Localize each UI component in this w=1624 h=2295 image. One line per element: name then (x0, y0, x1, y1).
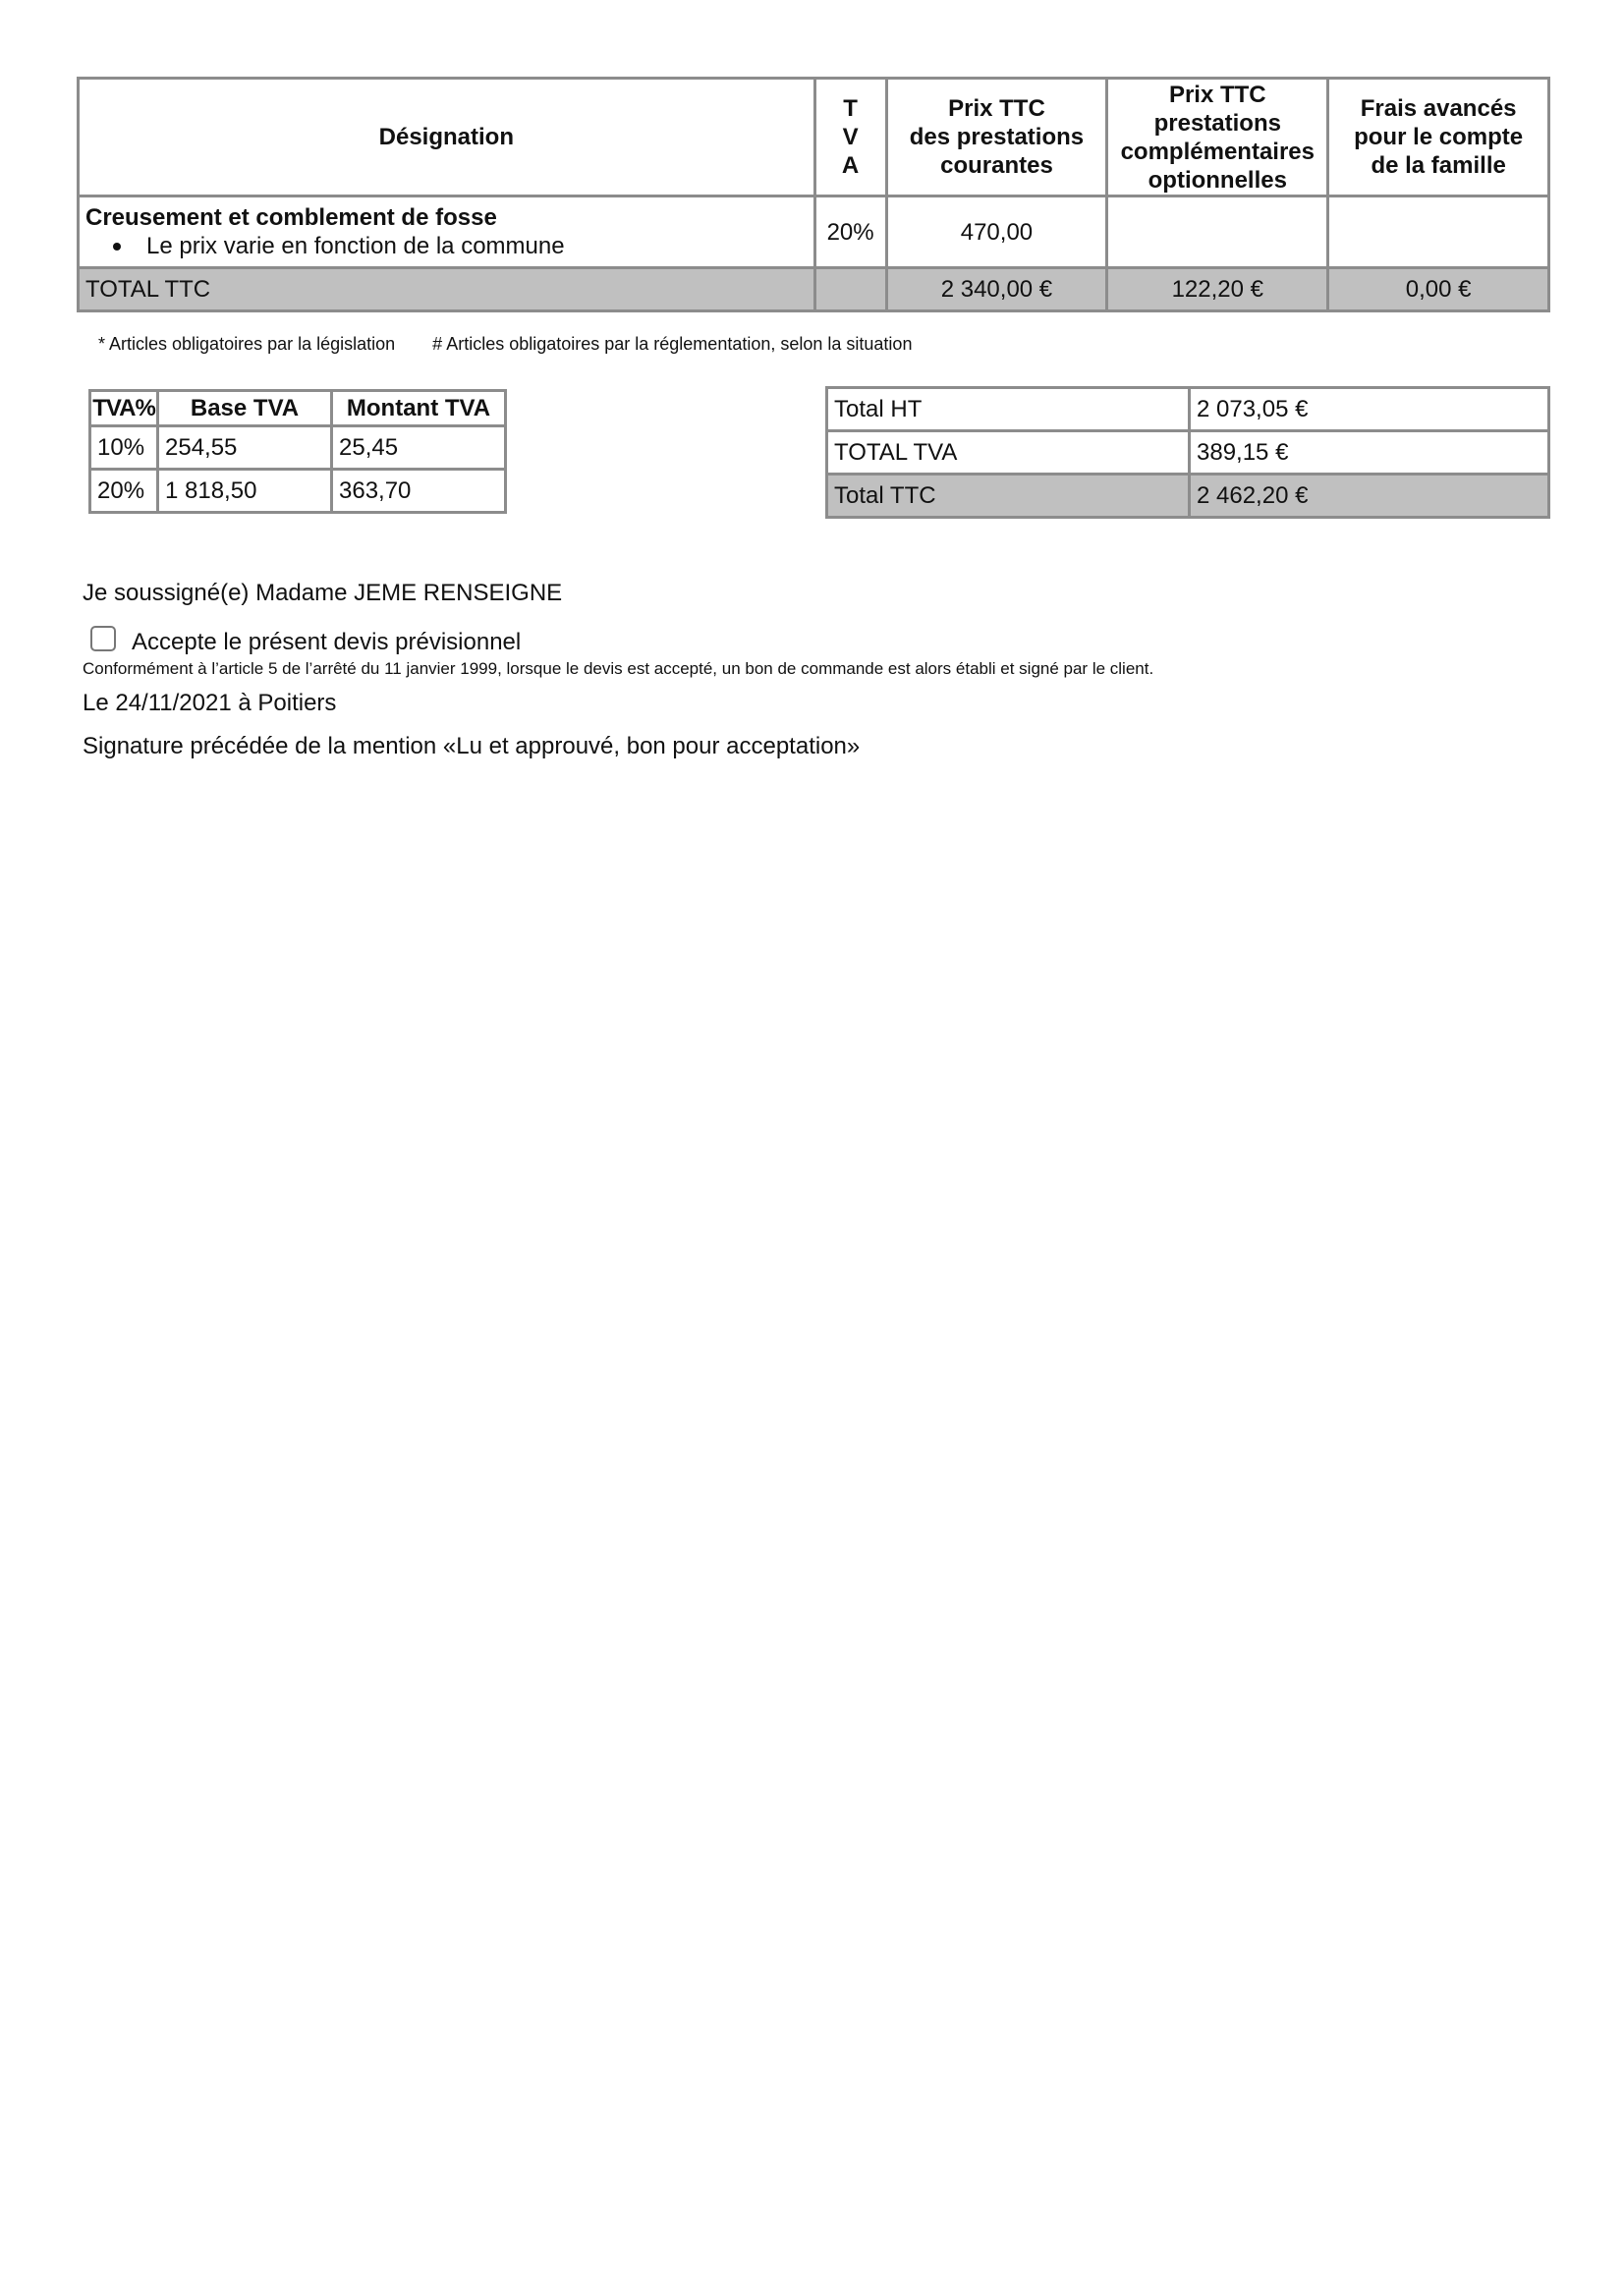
tva-table-header: TVA% Base TVA Montant TVA (90, 391, 506, 426)
bullet-icon (113, 243, 121, 251)
totals-table: Total HT 2 073,05 € TOTAL TVA 389,15 € T… (825, 386, 1550, 519)
tva-amount: 363,70 (332, 470, 506, 513)
item-bullet-text: Le prix varie en fonction de la commune (146, 232, 565, 260)
total-ttc-value: 2 462,20 € (1190, 475, 1549, 518)
header-tva-percent: TVA% (90, 391, 158, 426)
item-prix-optionnelles (1107, 196, 1328, 268)
totals-row-ttc: Total TTC 2 462,20 € (827, 475, 1549, 518)
total-ht-label: Total HT (827, 388, 1190, 431)
header-tva-letter: A (816, 151, 885, 180)
header-tva-letter: T (816, 94, 885, 123)
total-prix-optionnelles: 122,20 € (1107, 268, 1328, 311)
quote-table: Désignation T V A Prix TTC des prestatio… (77, 77, 1550, 312)
accept-checkbox[interactable] (90, 626, 116, 651)
total-prix-courantes: 2 340,00 € (886, 268, 1107, 311)
header-line: de la famille (1371, 152, 1505, 179)
soussigne-text: Je soussigné(e) Madame JEME RENSEIGNE (83, 580, 562, 607)
accept-row[interactable]: Accepte le présent devis prévisionnel (90, 629, 521, 656)
footnote-legislation: * Articles obligatoires par la législati… (98, 334, 395, 355)
tva-rate: 10% (90, 426, 158, 470)
header-tva: T V A (814, 79, 886, 196)
total-ht-value: 2 073,05 € (1190, 388, 1549, 431)
header-prix-optionnelles: Prix TTC prestations complémentaires opt… (1107, 79, 1328, 196)
header-line: Frais avancés (1361, 95, 1517, 122)
total-frais-avances: 0,00 € (1328, 268, 1549, 311)
header-montant-tva: Montant TVA (332, 391, 506, 426)
header-prix-courantes: Prix TTC des prestations courantes (886, 79, 1107, 196)
table-row: Creusement et comblement de fosse Le pri… (79, 196, 1549, 268)
header-line: complémentaires (1121, 139, 1315, 165)
header-base-tva: Base TVA (158, 391, 332, 426)
total-label: TOTAL TTC (79, 268, 815, 311)
header-line: Prix TTC (1169, 82, 1266, 108)
footnote-reglementation: # Articles obligatoires par la réglement… (432, 334, 912, 355)
header-line: optionnelles (1148, 167, 1287, 194)
header-frais-avances: Frais avancés pour le compte de la famil… (1328, 79, 1549, 196)
tva-breakdown-table: TVA% Base TVA Montant TVA 10% 254,55 25,… (88, 389, 507, 514)
legal-notice: Conformément à l’article 5 de l’arrêté d… (83, 659, 1153, 679)
footnotes: * Articles obligatoires par la législati… (98, 334, 912, 355)
header-line: Prix TTC (948, 95, 1045, 122)
total-tva-value: 389,15 € (1190, 431, 1549, 475)
item-frais-avances (1328, 196, 1549, 268)
header-line: des prestations (910, 124, 1084, 150)
table-row: 20% 1 818,50 363,70 (90, 470, 506, 513)
table-row: 10% 254,55 25,45 (90, 426, 506, 470)
total-tva-label: TOTAL TVA (827, 431, 1190, 475)
item-bullet-line: Le prix varie en fonction de la commune (80, 232, 813, 260)
tva-rate: 20% (90, 470, 158, 513)
item-tva: 20% (814, 196, 886, 268)
totals-row-ht: Total HT 2 073,05 € (827, 388, 1549, 431)
header-tva-letter: V (816, 123, 885, 151)
item-title: Creusement et comblement de fosse (80, 203, 813, 232)
header-line: pour le compte (1354, 124, 1523, 150)
tva-base: 1 818,50 (158, 470, 332, 513)
tva-amount: 25,45 (332, 426, 506, 470)
total-ttc-label: Total TTC (827, 475, 1190, 518)
total-tva (814, 268, 886, 311)
header-line: courantes (940, 152, 1053, 179)
tva-base: 254,55 (158, 426, 332, 470)
item-prix-courantes: 470,00 (886, 196, 1107, 268)
header-line: prestations (1154, 110, 1281, 137)
header-designation: Désignation (79, 79, 815, 196)
quote-table-header: Désignation T V A Prix TTC des prestatio… (79, 79, 1549, 196)
accept-label[interactable]: Accepte le présent devis prévisionnel (132, 629, 521, 656)
total-row: TOTAL TTC 2 340,00 € 122,20 € 0,00 € (79, 268, 1549, 311)
item-designation-cell: Creusement et comblement de fosse Le pri… (79, 196, 815, 268)
totals-row-tva: TOTAL TVA 389,15 € (827, 431, 1549, 475)
signature-mention: Signature précédée de la mention «Lu et … (83, 733, 860, 760)
date-location: Le 24/11/2021 à Poitiers (83, 690, 336, 717)
